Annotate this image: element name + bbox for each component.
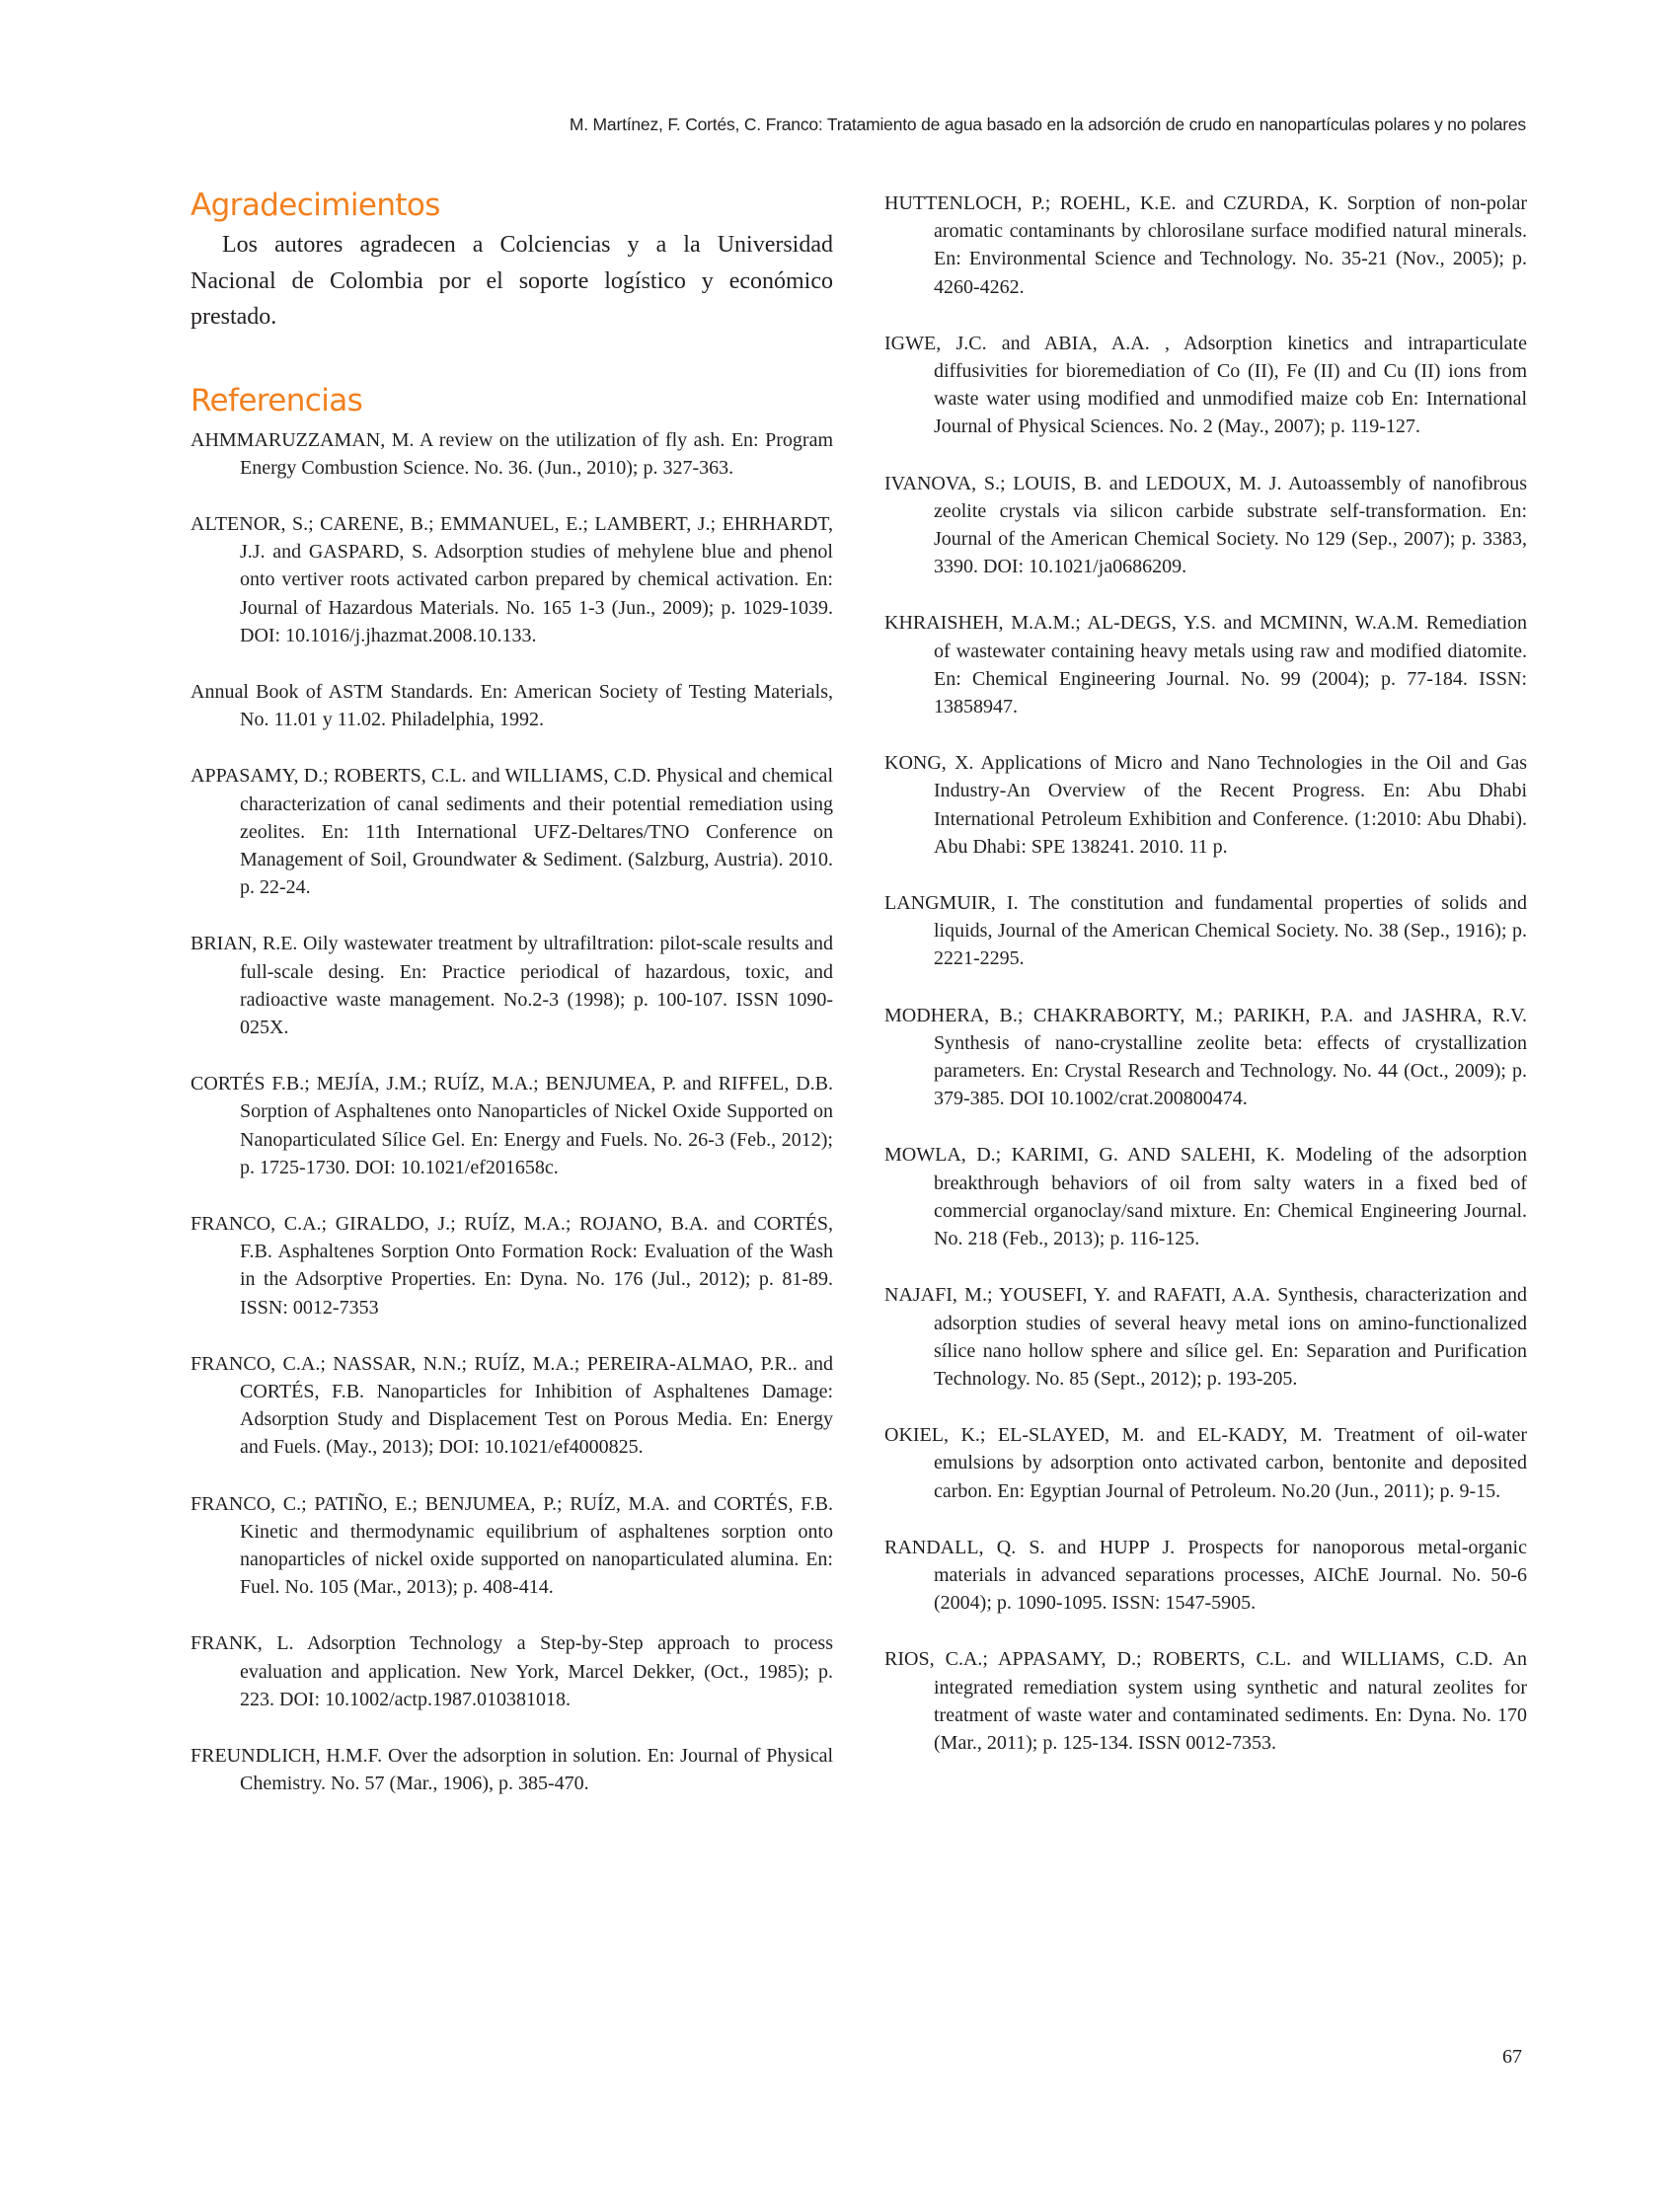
reference-item: RIOS, C.A.; APPASAMY, D.; ROBERTS, C.L. … (884, 1645, 1527, 1757)
reference-item: IVANOVA, S.; LOUIS, B. and LEDOUX, M. J.… (884, 470, 1527, 581)
reference-item: LANGMUIR, I. The constitution and fundam… (884, 889, 1527, 973)
page-number: 67 (1502, 2046, 1522, 2069)
reference-list-left: AHMMARUZZAMAN, M. A review on the utiliz… (191, 426, 833, 1798)
references-heading: Referencias (191, 383, 833, 418)
reference-item: FRANCO, C.A.; NASSAR, N.N.; RUÍZ, M.A.; … (191, 1350, 833, 1462)
reference-item: HUTTENLOCH, P.; ROEHL, K.E. and CZURDA, … (884, 189, 1527, 301)
reference-item: OKIEL, K.; EL-SLAYED, M. and EL-KADY, M.… (884, 1421, 1527, 1505)
reference-list-right: HUTTENLOCH, P.; ROEHL, K.E. and CZURDA, … (884, 189, 1527, 1757)
reference-item: FRANK, L. Adsorption Technology a Step-b… (191, 1629, 833, 1713)
reference-item: FRANCO, C.A.; GIRALDO, J.; RUÍZ, M.A.; R… (191, 1210, 833, 1322)
left-column: Agradecimientos Los autores agradecen a … (191, 188, 833, 1826)
reference-item: RANDALL, Q. S. and HUPP J. Prospects for… (884, 1534, 1527, 1618)
reference-item: BRIAN, R.E. Oily wastewater treatment by… (191, 930, 833, 1041)
acknowledgments-text: Los autores agradecen a Colciencias y a … (191, 227, 833, 336)
acknowledgments-heading: Agradecimientos (191, 188, 833, 223)
right-column: HUTTENLOCH, P.; ROEHL, K.E. and CZURDA, … (884, 189, 1527, 1785)
reference-item: FRANCO, C.; PATIÑO, E.; BENJUMEA, P.; RU… (191, 1490, 833, 1602)
reference-item: APPASAMY, D.; ROBERTS, C.L. and WILLIAMS… (191, 762, 833, 901)
reference-item: KHRAISHEH, M.A.M.; AL-DEGS, Y.S. and MCM… (884, 609, 1527, 720)
reference-item: IGWE, J.C. and ABIA, A.A. , Adsorption k… (884, 330, 1527, 441)
reference-item: MODHERA, B.; CHAKRABORTY, M.; PARIKH, P.… (884, 1002, 1527, 1113)
reference-item: AHMMARUZZAMAN, M. A review on the utiliz… (191, 426, 833, 482)
reference-item: KONG, X. Applications of Micro and Nano … (884, 749, 1527, 861)
reference-item: ALTENOR, S.; CARENE, B.; EMMANUEL, E.; L… (191, 510, 833, 649)
reference-item: CORTÉS F.B.; MEJÍA, J.M.; RUÍZ, M.A.; BE… (191, 1070, 833, 1181)
running-header: M. Martínez, F. Cortés, C. Franco: Trata… (570, 114, 1526, 135)
reference-item: MOWLA, D.; KARIMI, G. AND SALEHI, K. Mod… (884, 1141, 1527, 1252)
reference-item: Annual Book of ASTM Standards. En: Ameri… (191, 678, 833, 733)
reference-item: FREUNDLICH, H.M.F. Over the adsorption i… (191, 1742, 833, 1797)
reference-item: NAJAFI, M.; YOUSEFI, Y. and RAFATI, A.A.… (884, 1281, 1527, 1393)
